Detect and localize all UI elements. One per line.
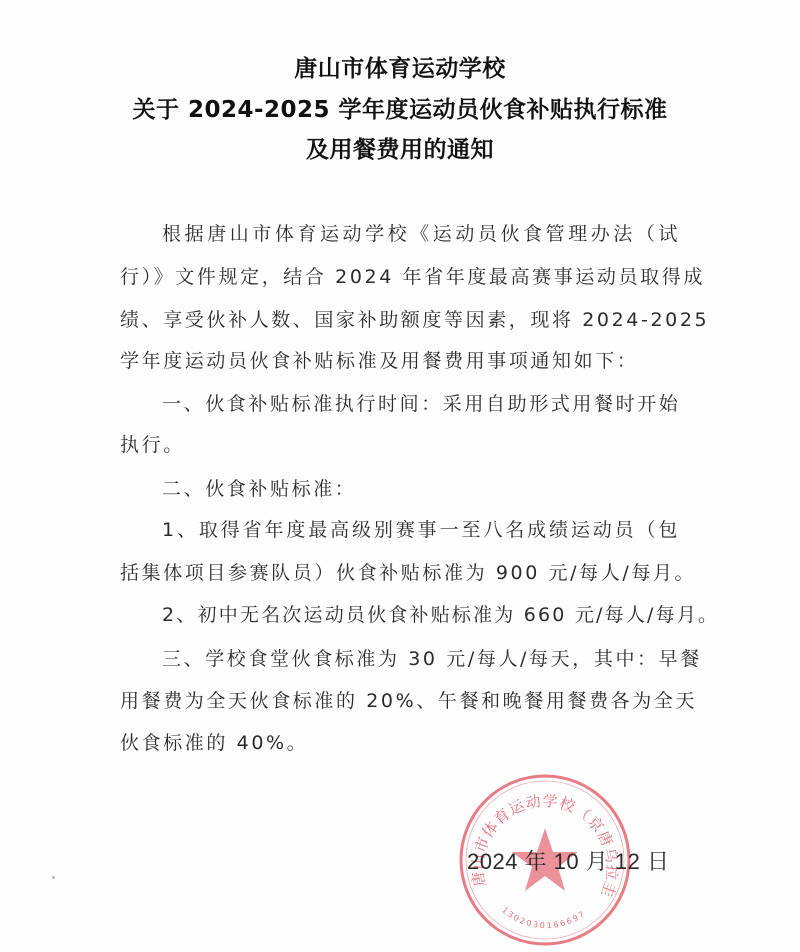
item-one-line: 括集体项目参赛队员）伙食补贴标准为 900 元/每人/每月。 (120, 558, 696, 585)
body-paragraph-line: 行）》文件规定，结合 2024 年省年度最高赛事运动员取得成 (120, 262, 680, 289)
section-three-line: 三、学校食堂伙食标准为 30 元/每人/每天，其中：早餐 (162, 644, 680, 671)
document-page: 唐山市体育运动学校 关于 2024-2025 学年度运动员伙食补贴执行标准 及用… (0, 0, 800, 952)
scan-speck (52, 876, 55, 879)
section-one-line: 执行。 (120, 430, 185, 457)
svg-text:1302030166697: 1302030166697 (500, 905, 588, 930)
body-paragraph-line: 绩、享受伙补人数、国家补助额度等因素，现将 2024-2025 (120, 305, 680, 332)
section-one-line: 一、伙食补贴标准执行时间：采用自助形式用餐时开始 (162, 389, 680, 416)
section-three-line: 用餐费为全天伙食标准的 20%、午餐和晚餐用餐费各为全天 (120, 686, 680, 713)
issue-date: 2024 年 10 月 12 日 (467, 845, 669, 876)
item-two-line: 2、初中无名次运动员伙食补贴标准为 660 元/每人/每月。 (162, 600, 719, 627)
title-school-name: 唐山市体育运动学校 (0, 50, 800, 83)
body-paragraph-line: 根据唐山市体育运动学校《运动员伙食管理办法（试 (162, 219, 680, 246)
item-one-line: 1、取得省年度最高级别赛事一至八名成绩运动员（包 (162, 515, 680, 542)
section-two-heading: 二、伙食补贴标准： (162, 474, 356, 501)
title-subject: 关于 2024-2025 学年度运动员伙食补贴执行标准 (0, 91, 800, 124)
title-notice: 及用餐费用的通知 (0, 131, 800, 164)
body-paragraph-line: 学年度运动员伙食补贴标准及用餐费用事项通知如下： (120, 346, 638, 373)
section-three-line: 伙食标准的 40%。 (120, 728, 308, 755)
svg-text:唐山市体育运动学校（京唐乌拉圭国际足球学校）: 唐山市体育运动学校（京唐乌拉圭国际足球学校） (457, 772, 621, 900)
